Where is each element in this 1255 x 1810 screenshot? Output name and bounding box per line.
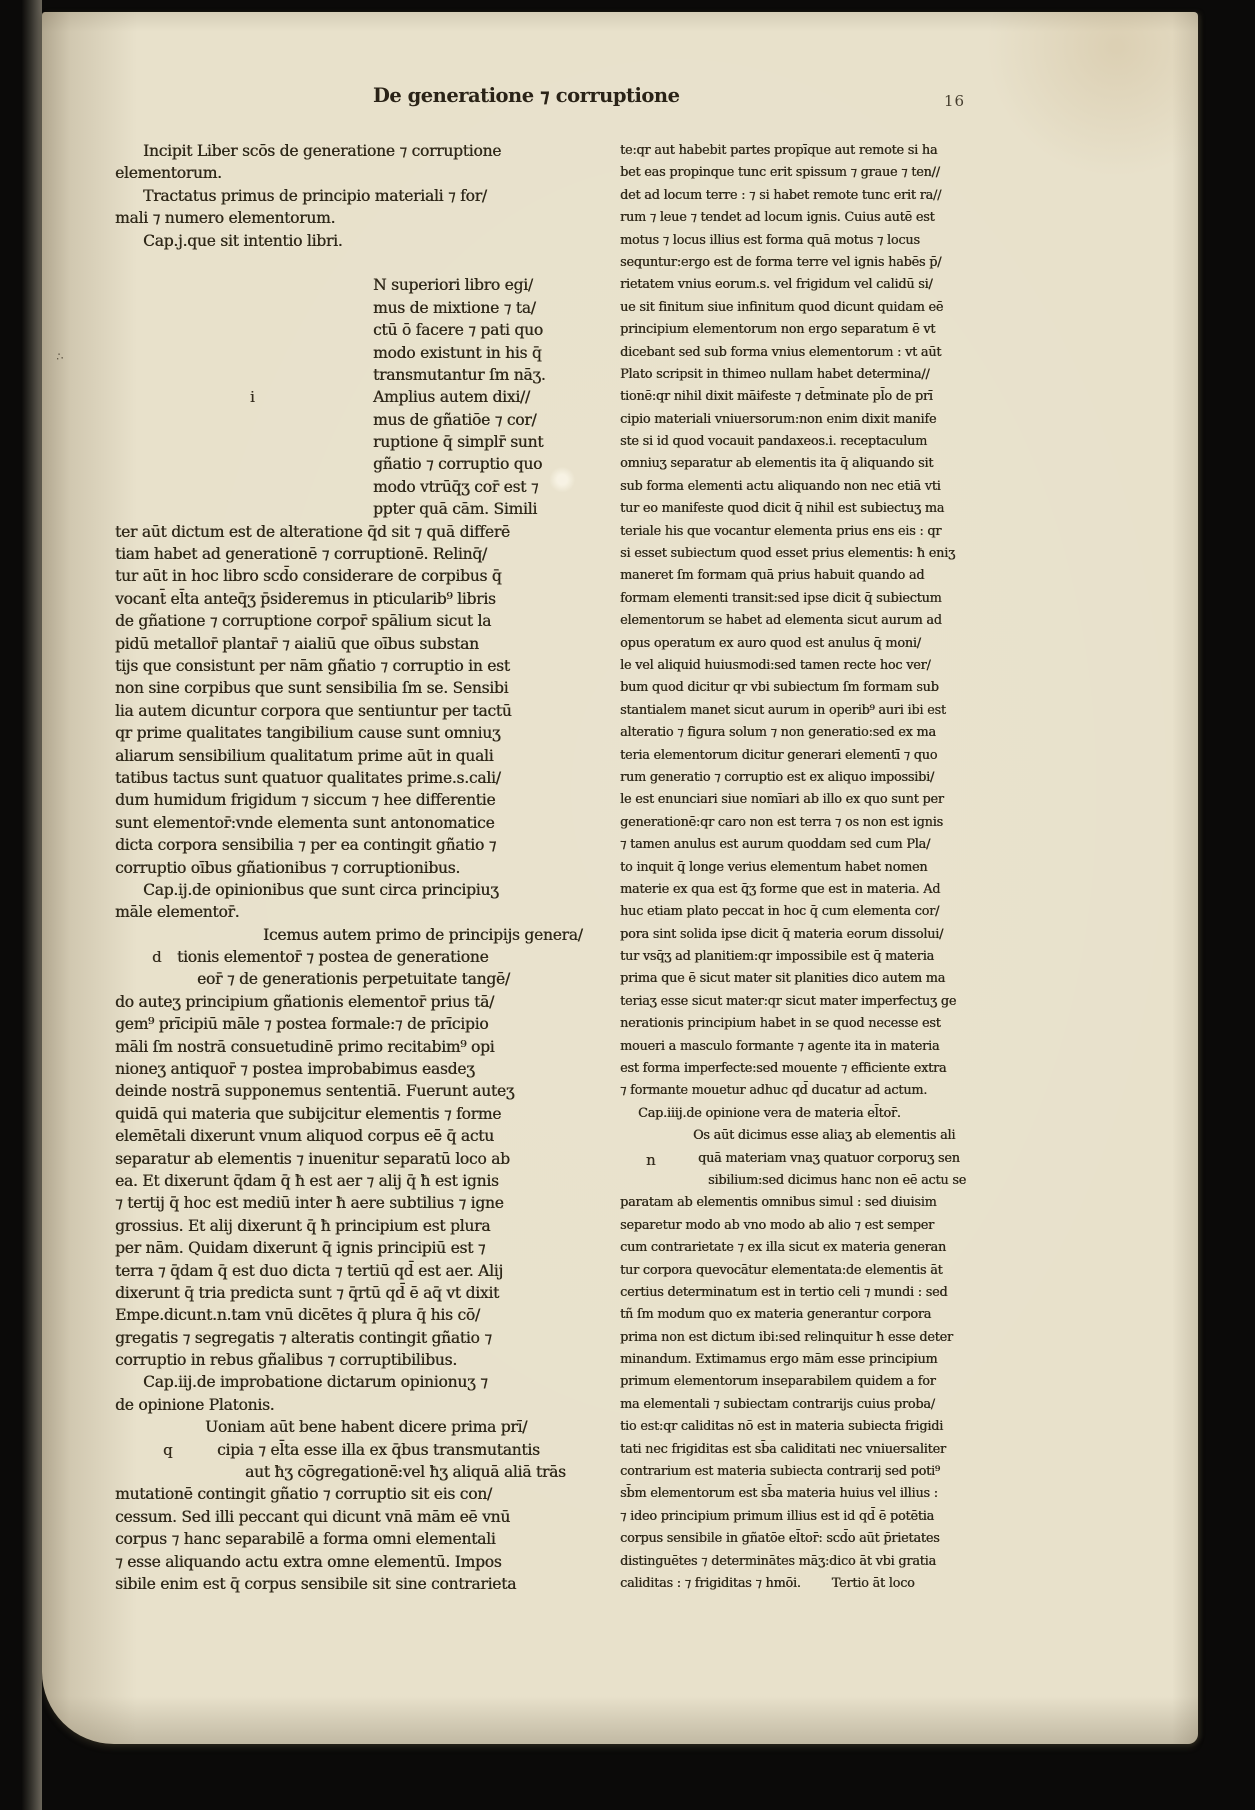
- running-title: De generatione ⁊ corruptione: [373, 84, 623, 107]
- text-line: tur aūt in hoc libro scd̄o considerare d…: [115, 565, 567, 587]
- text-line: Cap.ij.de opinionibus que sunt circa pri…: [115, 879, 567, 901]
- text-line: huc etiam plato peccat in hoc q̄ cum ele…: [620, 901, 938, 923]
- text-line: paratam ab elementis omnibus simul : sed…: [620, 1192, 938, 1214]
- text-line: corruptio in rebus gñalibus ⁊ corruptibi…: [115, 1349, 567, 1371]
- text-line: bum quod dicitur qr vbi subiectum ſm for…: [620, 677, 938, 699]
- scanned-book-page: { "page": { "header_title": "De generati…: [0, 0, 1255, 1810]
- text-line: pidū metallor̄ plantar̄ ⁊ aialiū que oīb…: [115, 633, 567, 655]
- text-line: Os aūt dicimus esse aliaʒ ab elementis a…: [620, 1125, 938, 1147]
- text-line: ⁊ ideo principium primum illius est id q…: [620, 1506, 938, 1528]
- text-line: mutationē contingit gñatio ⁊ corruptio s…: [115, 1483, 567, 1505]
- text-line: cipia ⁊ el̄ta esse illa ex q̄bus transmu…: [115, 1439, 567, 1461]
- text-line: Amplius autem dixi//: [115, 386, 567, 408]
- text-line: prima non est dictum ibi:sed relinquitur…: [620, 1327, 938, 1349]
- text-line: sequntur:ergo est de forma terre vel ign…: [620, 252, 938, 274]
- text-line: ctū ō facere ⁊ pati quo: [115, 319, 567, 341]
- text-line: vocant̄ el̄ta anteq̄ʒ p̄sideremus in pti…: [115, 588, 567, 610]
- text-line: tijs que consistunt per nām gñatio ⁊ cor…: [115, 655, 567, 677]
- text-line: stantialem manet sicut aurum in operib⁹ …: [620, 700, 938, 722]
- text-line: principium elementorum non ergo separatu…: [620, 319, 938, 341]
- text-line: te:qr aut habebit partes propīque aut re…: [620, 140, 938, 162]
- text-line: Uoniam aūt bene habent dicere prima prī/: [115, 1416, 567, 1438]
- text-line: Cap.iij.de improbatione dictarum opinion…: [115, 1371, 567, 1393]
- text-line: cipio materiali vniuersorum:non enim dix…: [620, 409, 938, 431]
- text-line: opus operatum ex auro quod est anulus q̄…: [620, 633, 938, 655]
- text-column-left: Incipit Liber scōs de generatione ⁊ corr…: [115, 140, 567, 1595]
- text-line: maneret ſm formam quā prius habuit quand…: [620, 565, 938, 587]
- text-line: alteratio ⁊ figura solum ⁊ non generatio…: [620, 722, 938, 744]
- text-line: per nām. Quidam dixerunt q̄ ignis princi…: [115, 1237, 567, 1259]
- text-line: nerationis principium habet in se quod n…: [620, 1013, 938, 1035]
- text-line: motus ⁊ locus illius est forma quā motus…: [620, 230, 938, 252]
- text-line: modo existunt in his q̄: [115, 342, 567, 364]
- text-line: Tractatus primus de principio materiali …: [115, 185, 567, 207]
- text-line: moueri a masculo formante ⁊ agente ita i…: [620, 1036, 938, 1058]
- text-line: aut ħʒ cōgregationē:vel ħʒ aliquā aliā t…: [115, 1461, 567, 1483]
- text-line: gem⁹ prīcipiū māle ⁊ postea formale:⁊ de…: [115, 1013, 567, 1035]
- text-line: pora sint solida ipse dicit q̄ materia e…: [620, 924, 938, 946]
- text-line: corpus ⁊ hanc separabilē a forma omni el…: [115, 1528, 567, 1550]
- text-line: tatibus tactus sunt quatuor qualitates p…: [115, 767, 567, 789]
- text-line: Empe.dicunt.n.tam vnū dicētes q̄ plura q…: [115, 1304, 567, 1326]
- text-line: gñatio ⁊ corruptio quo: [115, 453, 567, 475]
- text-line: primum elementorum inseparabilem quidem …: [620, 1371, 938, 1393]
- text-line: elementorum se habet ad elementa sicut a…: [620, 610, 938, 632]
- text-line: māle elementor̄.: [115, 901, 567, 923]
- text-line: aliarum sensibilium qualitatum prime aūt…: [115, 745, 567, 767]
- text-line: mali ⁊ numero elementorum.: [115, 207, 567, 229]
- text-line: ppter quā cām. Simili: [115, 498, 567, 520]
- text-line: le vel aliquid huiusmodi:sed tamen recte…: [620, 655, 938, 677]
- text-line: tio est:qr caliditas nō est in materia s…: [620, 1416, 938, 1438]
- text-line: ea. Et dixerunt q̄dam q̄ ħ est aer ⁊ ali…: [115, 1170, 567, 1192]
- text-line: separetur modo ab vno modo ab alio ⁊ est…: [620, 1215, 938, 1237]
- text-line: tur corpora quevocātur elementata:de ele…: [620, 1260, 938, 1282]
- text-line: quā materiam vnaʒ quatuor corporuʒ sen: [620, 1148, 938, 1170]
- text-line: Plato scripsit in thimeo nullam habet de…: [620, 364, 938, 386]
- text-line: est forma imperfecte:sed mouente ⁊ effic…: [620, 1058, 938, 1080]
- text-line: ⁊ formante mouetur adhuc qd̄ ducatur ad …: [620, 1080, 938, 1102]
- text-line: dicebant sed sub forma vnius elementorum…: [620, 342, 938, 364]
- text-line: cum contrarietate ⁊ ex illa sicut ex mat…: [620, 1237, 938, 1259]
- text-line: cessum. Sed illi peccant qui dicunt vnā …: [115, 1506, 567, 1528]
- text-line: dixerunt q̄ tria predicta sunt ⁊ q̄rtū q…: [115, 1282, 567, 1304]
- text-line: sibilium:sed dicimus hanc non eē actu se: [620, 1170, 938, 1192]
- text-column-right: te:qr aut habebit partes propīque aut re…: [620, 140, 938, 1595]
- text-line: mus de mixtione ⁊ ta/: [115, 297, 567, 319]
- text-line: sb̄m elementorum est sb̄a materia huius …: [620, 1483, 938, 1505]
- text-line: N superiori libro egi/: [115, 274, 567, 296]
- text-line: tati nec frigiditas est sb̄a caliditati …: [620, 1439, 938, 1461]
- text-line: corruptio oībus gñationibus ⁊ corruption…: [115, 857, 567, 879]
- text-line: sibile enim est q̄ corpus sensibile sit …: [115, 1573, 567, 1595]
- text-line: rum generatio ⁊ corruptio est ex aliquo …: [620, 767, 938, 789]
- text-line: nioneʒ antiquor̄ ⁊ postea improbabimus e…: [115, 1058, 567, 1080]
- text-line: teria elementorum dicitur generari eleme…: [620, 745, 938, 767]
- text-line: teriaʒ esse sicut mater:qr sicut mater i…: [620, 991, 938, 1013]
- text-line: tur vsq̄ʒ ad planitiem:qr impossibile es…: [620, 946, 938, 968]
- text-line: sunt elementor̄:vnde elementa sunt anton…: [115, 812, 567, 834]
- book-spine-edge: [22, 0, 42, 1810]
- folio-number: 16: [944, 92, 965, 110]
- text-line: ⁊ tamen anulus est aurum quoddam sed cum…: [620, 834, 938, 856]
- text-line: caliditas : ⁊ frigiditas ⁊ hmōi. Tertio …: [620, 1573, 938, 1595]
- text-line: quidā qui materia que subijcitur element…: [115, 1103, 567, 1125]
- text-line: deinde nostrā supponemus sententiā. Fuer…: [115, 1080, 567, 1102]
- text-line: transmutantur ſm nāʒ.: [115, 364, 567, 386]
- text-line: tiam habet ad generationē ⁊ corruptionē.…: [115, 543, 567, 565]
- text-line: do auteʒ principium gñationis elementor̄…: [115, 991, 567, 1013]
- text-line: bet eas propinque tunc erit spissum ⁊ gr…: [620, 162, 938, 184]
- text-line: ma elementali ⁊ subiectam contrarijs cui…: [620, 1394, 938, 1416]
- text-line: si esset subiectum quod esset prius elem…: [620, 543, 938, 565]
- text-line: gregatis ⁊ segregatis ⁊ alteratis contin…: [115, 1327, 567, 1349]
- text-line: tur eo manifeste quod dicit q̄ nihil est…: [620, 498, 938, 520]
- text-line: omniuʒ separatur ab elementis ita q̄ ali…: [620, 453, 938, 475]
- text-line: māli ſm nostrā consuetudinē primo recita…: [115, 1036, 567, 1058]
- text-line: ste si id quod vocauit pandaxeos.i. rece…: [620, 431, 938, 453]
- text-line: Cap.iiij.de opinione vera de materia el̄…: [620, 1103, 938, 1125]
- text-line: lia autem dicuntur corpora que sentiuntu…: [115, 700, 567, 722]
- text-line: elemētali dixerunt vnum aliquod corpus e…: [115, 1125, 567, 1147]
- text-line: grossius. Et alij dixerunt q̄ ħ principi…: [115, 1215, 567, 1237]
- text-line: ue sit finitum siue infinitum quod dicun…: [620, 297, 938, 319]
- text-line: teriale his que vocantur elementa prius …: [620, 521, 938, 543]
- text-line: ter aūt dictum est de alteratione q̄d si…: [115, 521, 567, 543]
- text-line: mus de gñatiōe ⁊ cor/: [115, 409, 567, 431]
- text-line: det ad locum terre : ⁊ si habet remote t…: [620, 185, 938, 207]
- text-line: elementorum.: [115, 162, 567, 184]
- text-line: sub forma elementi actu aliquando non ne…: [620, 476, 938, 498]
- text-line: distinguētes ⁊ determinātes māʒ:dico āt …: [620, 1551, 938, 1573]
- text-line: tñ ſm modum quo ex materia generantur co…: [620, 1304, 938, 1326]
- text-line: corpus sensibile in gñatōe el̄tor̄: scd̄…: [620, 1528, 938, 1550]
- text-line: to inquit q̄ longe verius elementum habe…: [620, 857, 938, 879]
- text-line: ⁊ esse aliquando actu extra omne element…: [115, 1551, 567, 1573]
- text-line: [115, 252, 567, 274]
- text-line: tionē:qr nihil dixit māifeste ⁊ det̄mina…: [620, 386, 938, 408]
- text-line: de gñatione ⁊ corruptione corpor̄ spāliu…: [115, 610, 567, 632]
- text-line: terra ⁊ q̄dam q̄ est duo dicta ⁊ tertiū …: [115, 1260, 567, 1282]
- text-line: separatur ab elementis ⁊ inuenitur separ…: [115, 1148, 567, 1170]
- text-line: certius determinatum est in tertio celi …: [620, 1282, 938, 1304]
- text-line: modo vtrūq̄ʒ cor̄ est ⁊: [115, 476, 567, 498]
- text-line: eor̄ ⁊ de generationis perpetuitate tang…: [115, 968, 567, 990]
- text-line: rum ⁊ leue ⁊ tendet ad locum ignis. Cuiu…: [620, 207, 938, 229]
- text-line: Cap.j.que sit intentio libri.: [115, 230, 567, 252]
- text-line: tionis elementor̄ ⁊ postea de generation…: [115, 946, 567, 968]
- text-line: Incipit Liber scōs de generatione ⁊ corr…: [115, 140, 567, 162]
- text-line: non sine corpibus que sunt sensibilia ſm…: [115, 677, 567, 699]
- text-line: dicta corpora sensibilia ⁊ per ea contin…: [115, 834, 567, 856]
- text-line: ⁊ tertij q̄ hoc est mediū inter ħ aere s…: [115, 1192, 567, 1214]
- text-line: generationē:qr caro non est terra ⁊ os n…: [620, 812, 938, 834]
- text-line: materie ex qua est q̄ʒ forme que est in …: [620, 879, 938, 901]
- text-line: formam elementi transit:sed ipse dicit q…: [620, 588, 938, 610]
- text-line: contrarium est materia subiecta contrari…: [620, 1461, 938, 1483]
- text-line: ruptione q̄ simplr̄ sunt: [115, 431, 567, 453]
- text-line: le est enunciari siue nomīari ab illo ex…: [620, 789, 938, 811]
- text-line: Icemus autem primo de principijs genera/: [115, 924, 567, 946]
- text-line: qr prime qualitates tangibilium cause su…: [115, 722, 567, 744]
- text-line: dum humidum frigidum ⁊ siccum ⁊ hee diff…: [115, 789, 567, 811]
- text-line: prima que ē sicut mater sit planities di…: [620, 968, 938, 990]
- text-line: minandum. Extimamus ergo mām esse princi…: [620, 1349, 938, 1371]
- text-line: de opinione Platonis.: [115, 1394, 567, 1416]
- text-line: rietatem vnius eorum.s. vel frigidum vel…: [620, 274, 938, 296]
